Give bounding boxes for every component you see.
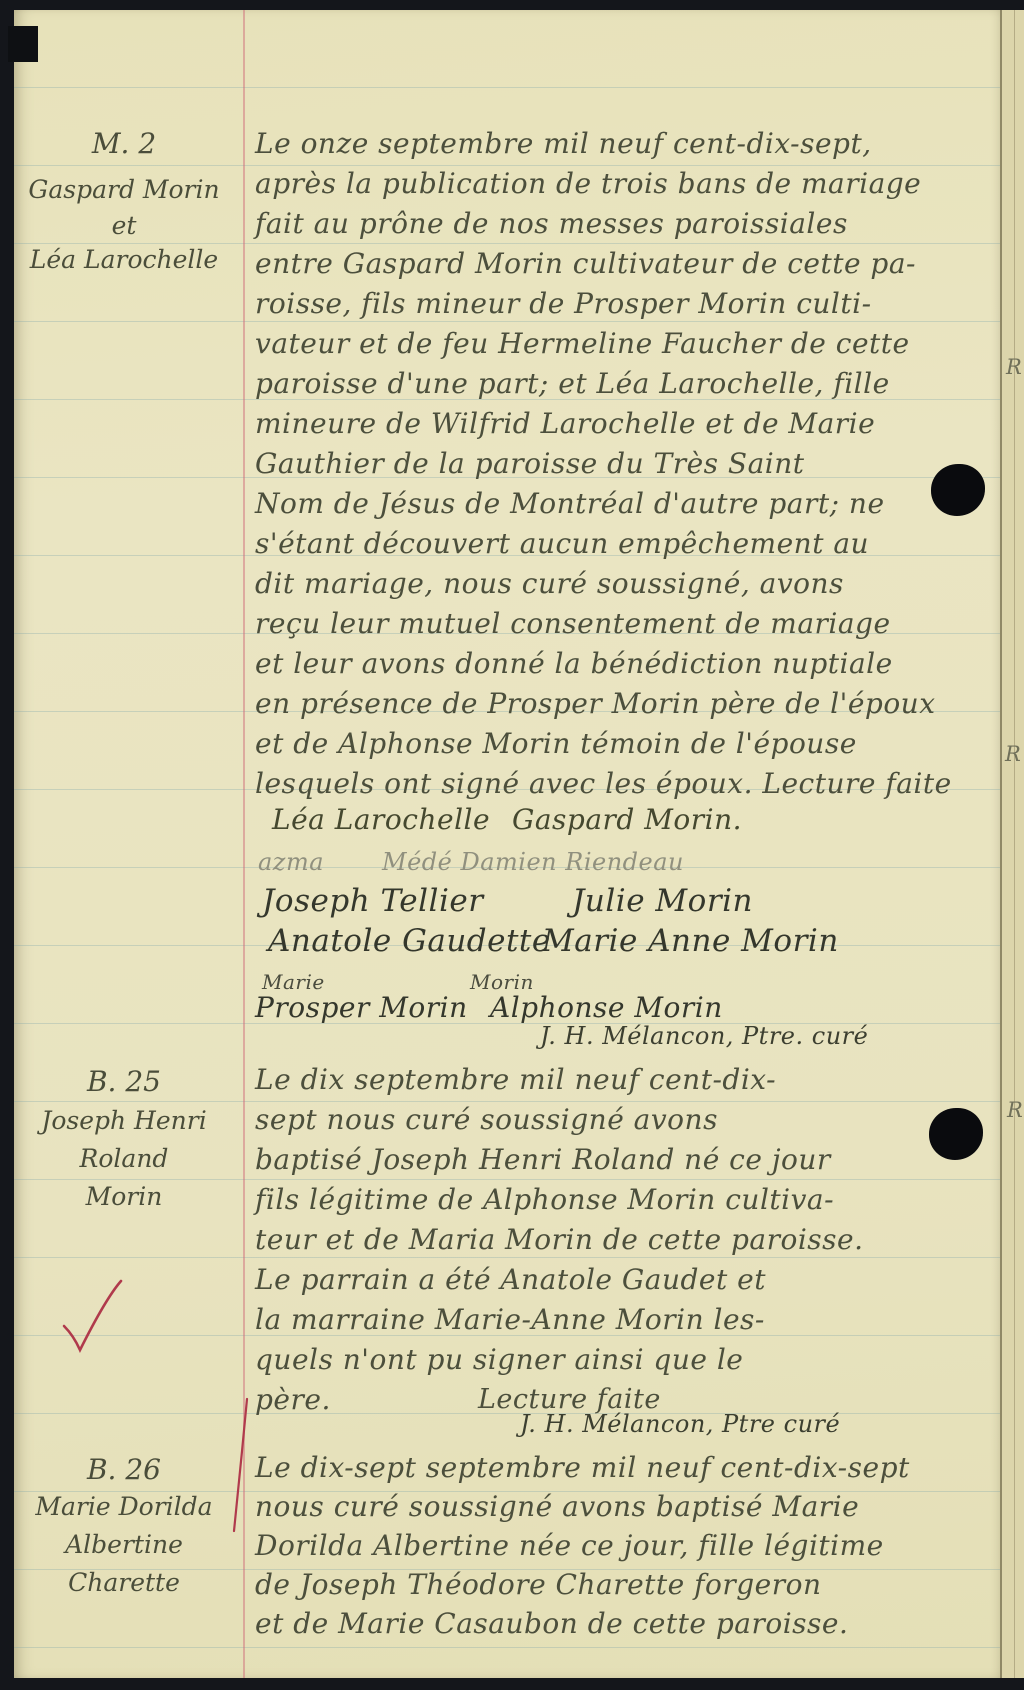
facing-page-edge: R R R <box>1000 10 1024 1678</box>
body-line-b25-6: la marraine Marie-Anne Morin les- <box>255 1306 765 1334</box>
body-line-b26-1: nous curé soussigné avons baptisé Marie <box>255 1493 859 1521</box>
body-line-b25-7: quels n'ont pu signer ainsi que le <box>255 1346 743 1374</box>
body-line-m2-0: Le onze septembre mil neuf cent-dix-sept… <box>255 130 872 158</box>
body-line-b25-2: baptisé Joseph Henri Roland né ce jour <box>255 1146 831 1174</box>
officiant-signature-b25: J. H. Mélancon, Ptre curé <box>520 1412 840 1436</box>
margin-label-b26-0: B. 26 <box>14 1456 234 1484</box>
signature-m2-5-0: Prosper Morin <box>255 994 468 1022</box>
edge-text-fragment: R <box>1005 742 1021 766</box>
body-line-m2-9: Nom de Jésus de Montréal d'autre part; n… <box>255 490 885 518</box>
body-line-m2-5: vateur et de feu Hermeline Faucher de ce… <box>255 330 910 358</box>
margin-rule-line <box>243 10 245 1678</box>
body-line-m2-11: dit mariage, nous curé soussigné, avons <box>255 570 844 598</box>
signature-m2-1-1: Médé Damien Riendeau <box>382 850 684 874</box>
edge-text-fragment: R <box>1007 1098 1023 1122</box>
signature-m2-4-0: Marie <box>262 972 325 992</box>
body-line-b26-0: Le dix-sept septembre mil neuf cent-dix-… <box>255 1454 910 1482</box>
signature-m2-0-1: Gaspard Morin. <box>512 806 742 834</box>
body-line-b25-4: teur et de Maria Morin de cette paroisse… <box>255 1226 864 1254</box>
body-line-b25-1: sept nous curé soussigné avons <box>255 1106 718 1134</box>
officiant-signature-m2: J. H. Mélancon, Ptre. curé <box>540 1024 868 1048</box>
body-line-m2-10: s'étant découvert aucun empêchement au <box>255 530 869 558</box>
body-line-m2-1: après la publication de trois bans de ma… <box>255 170 921 198</box>
body-line-b26-2: Dorilda Albertine née ce jour, fille lég… <box>255 1532 884 1560</box>
margin-label-b26-2: Albertine <box>14 1532 234 1557</box>
body-line-m2-12: reçu leur mutuel consentement de mariage <box>255 610 891 638</box>
signature-m2-1-0: azma <box>258 850 324 874</box>
body-line-m2-8: Gauthier de la paroisse du Très Saint <box>255 450 805 478</box>
edge-text-fragment: R <box>1006 355 1022 379</box>
lecture-faite-note-b25: Lecture faite <box>478 1386 661 1413</box>
margin-entry-b26: B. 26Marie DorildaAlbertineCharette <box>14 0 234 1690</box>
body-line-m2-3: entre Gaspard Morin cultivateur de cette… <box>255 250 916 278</box>
body-line-b26-3: de Joseph Théodore Charette forgeron <box>255 1571 822 1599</box>
body-line-b25-3: fils légitime de Alphonse Morin cultiva- <box>255 1186 834 1214</box>
signature-m2-4-1: Morin <box>470 972 534 992</box>
margin-label-b26-1: Marie Dorilda <box>14 1494 234 1519</box>
register-page-scan: M. 2Gaspard MorinetLéa Larochelle B. 25J… <box>0 0 1024 1690</box>
margin-label-b26-3: Charette <box>14 1570 234 1595</box>
body-line-m2-13: et leur avons donné la bénédiction nupti… <box>255 650 893 678</box>
signature-m2-2-1: Julie Morin <box>572 886 753 917</box>
body-line-m2-4: roisse, fils mineur de Prosper Morin cul… <box>255 290 872 318</box>
body-line-b25-5: Le parrain a été Anatole Gaudet et <box>255 1266 766 1294</box>
body-line-m2-14: en présence de Prosper Morin père de l'é… <box>255 690 936 718</box>
signature-m2-2-0: Joseph Tellier <box>262 886 484 917</box>
signature-m2-0-0: Léa Larochelle <box>272 806 490 834</box>
body-line-m2-2: fait au prône de nos messes paroissiales <box>255 210 848 238</box>
body-line-m2-15: et de Alphonse Morin témoin de l'épouse <box>255 730 857 758</box>
body-line-b26-4: et de Marie Casaubon de cette paroisse. <box>255 1610 848 1638</box>
body-line-m2-6: paroisse d'une part; et Léa Larochelle, … <box>255 370 890 398</box>
body-line-m2-16: lesquels ont signé avec les époux. Lectu… <box>255 770 952 798</box>
signature-m2-3-1: Marie Anne Morin <box>542 926 839 957</box>
page-edge-line <box>1014 10 1015 1678</box>
body-line-m2-7: mineure de Wilfrid Larochelle et de Mari… <box>255 410 875 438</box>
signature-m2-5-1: Alphonse Morin <box>490 994 723 1022</box>
signature-m2-3-0: Anatole Gaudette <box>268 926 551 957</box>
body-line-b25-8: père. <box>255 1386 331 1414</box>
body-line-b25-0: Le dix septembre mil neuf cent-dix- <box>255 1066 776 1094</box>
